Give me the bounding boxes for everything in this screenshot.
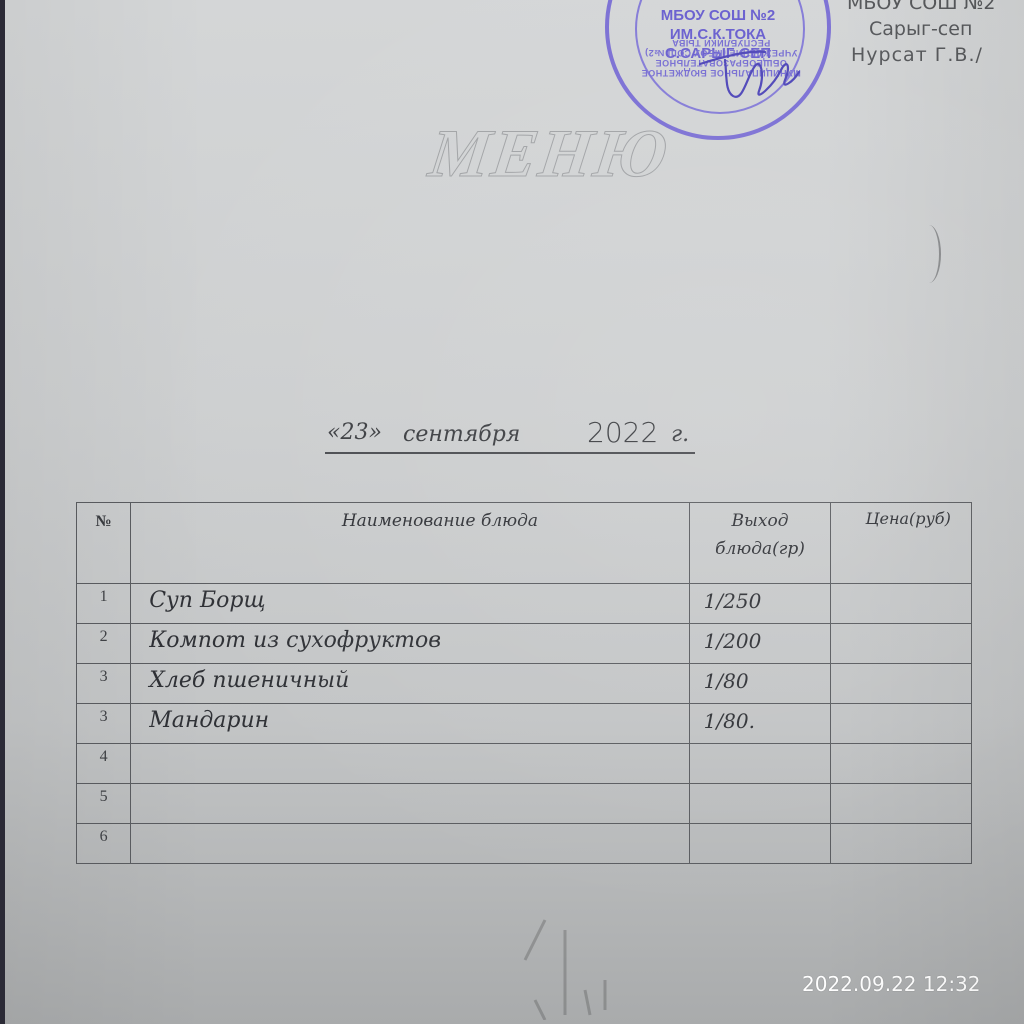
table-row: 3 Хлеб пшеничный 1/80 — [77, 664, 972, 704]
row-yield: 1/200 — [689, 624, 831, 664]
row-num: 3 — [77, 664, 131, 704]
row-dish-name — [131, 744, 689, 784]
row-num: 6 — [77, 824, 131, 864]
row-yield — [689, 744, 831, 784]
date-suffix: г. — [671, 422, 689, 447]
row-yield: 1/80. — [689, 704, 831, 744]
row-num: 1 — [77, 584, 131, 624]
menu-table: № Наименование блюда Выход блюда(гр) Цен… — [76, 502, 972, 864]
menu-date: «23» сентября 2022 г. — [325, 416, 695, 454]
row-price — [831, 744, 972, 784]
pencil-mark — [917, 225, 941, 283]
document-page: МЕНЮ МБОУ СОШ №2 ИМ.С.К.ТОКА С.САРЫГ-СЕП… — [5, 0, 1024, 1024]
row-num: 4 — [77, 744, 131, 784]
row-dish-name: Хлеб пшеничный — [131, 664, 689, 704]
row-yield — [689, 824, 831, 864]
approval-line: Сарыг-сеп — [869, 16, 1024, 42]
table-row: 4 — [77, 744, 972, 784]
row-price — [831, 784, 972, 824]
row-price — [831, 824, 972, 864]
camera-timestamp: 2022.09.22 12:32 — [802, 972, 981, 996]
table-header-row: № Наименование блюда Выход блюда(гр) Цен… — [77, 503, 972, 584]
row-dish-name — [131, 784, 689, 824]
row-num: 5 — [77, 784, 131, 824]
table-row: 5 — [77, 784, 972, 824]
table-row: 3 Мандарин 1/80. — [77, 704, 972, 744]
signature-icon — [695, 36, 805, 106]
row-yield — [689, 784, 831, 824]
approval-block: МБОУ СОШ №2 Сарыг-сеп Нурсат Г.В./ — [837, 0, 1024, 68]
row-price — [831, 664, 972, 704]
date-month: сентября — [403, 422, 520, 447]
bleed-through-marks — [505, 900, 765, 1020]
row-num: 3 — [77, 704, 131, 744]
document-title: МЕНЮ — [424, 114, 674, 193]
table-row: 2 Компот из сухофруктов 1/200 — [77, 624, 972, 664]
header-price: Цена(руб) — [831, 503, 972, 584]
row-num: 2 — [77, 624, 131, 664]
table-row: 6 — [77, 824, 972, 864]
row-dish-name — [131, 824, 689, 864]
header-yield: Выход блюда(гр) — [689, 503, 831, 584]
header-name: Наименование блюда — [131, 503, 689, 584]
row-yield: 1/250 — [689, 584, 831, 624]
approval-line: МБОУ СОШ №2 — [847, 0, 1024, 16]
header-num: № — [77, 503, 131, 584]
approval-line: Нурсат Г.В./ — [851, 42, 1024, 68]
table-row: 1 Суп Борщ 1/250 — [77, 584, 972, 624]
date-year: 2022 — [587, 416, 658, 449]
date-day: «23» — [327, 420, 382, 445]
row-price — [831, 584, 972, 624]
row-price — [831, 704, 972, 744]
row-dish-name: Компот из сухофруктов — [131, 624, 689, 664]
row-dish-name: Суп Борщ — [131, 584, 689, 624]
row-yield: 1/80 — [689, 664, 831, 704]
row-dish-name: Мандарин — [131, 704, 689, 744]
row-price — [831, 624, 972, 664]
stamp-line: МБОУ СОШ №2 — [609, 6, 827, 25]
